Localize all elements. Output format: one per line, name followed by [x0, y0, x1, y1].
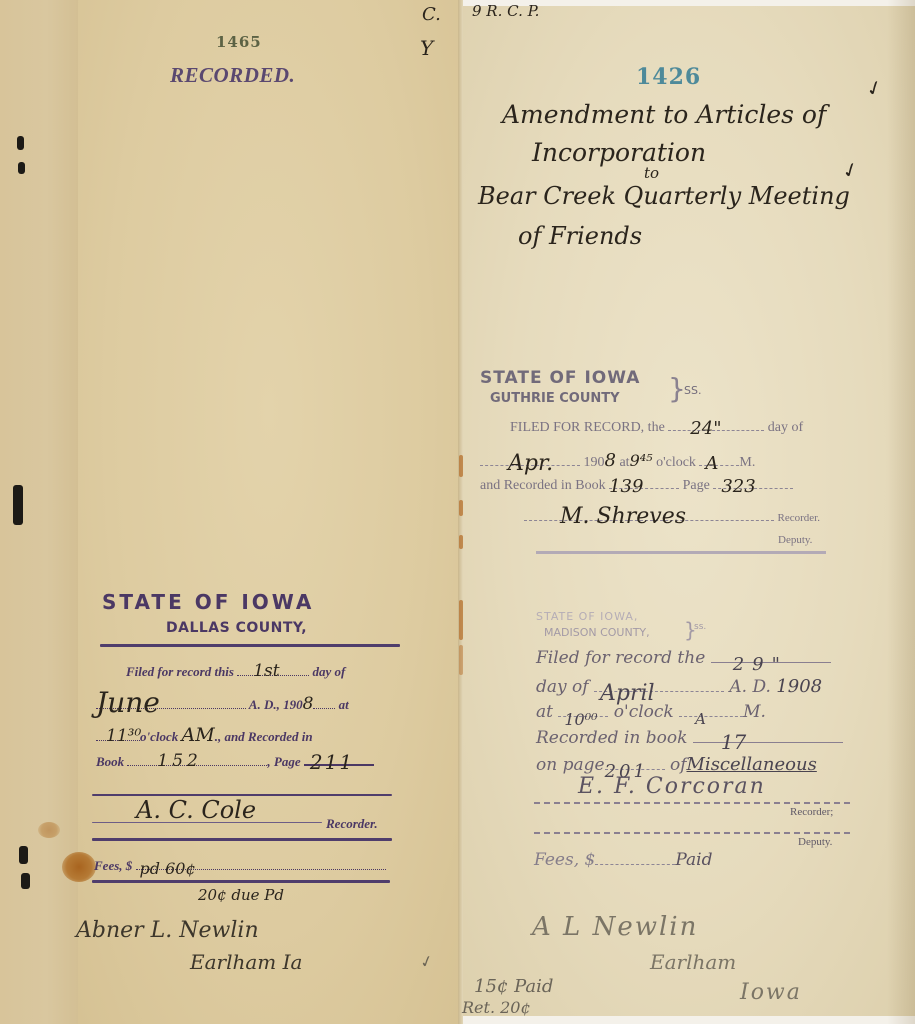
- binding-hole: [17, 136, 24, 150]
- guthrie-book-line: and Recorded in Book 139 Page 323: [480, 478, 793, 494]
- binding-hole: [18, 162, 25, 174]
- dallas-rule: [92, 838, 392, 841]
- guthrie-book: 139: [609, 476, 643, 497]
- dallas-fees-value: pd 60¢: [140, 859, 196, 878]
- guthrie-state: STATE OF IOWA: [480, 368, 640, 388]
- dallas-county: DALLAS COUNTY,: [166, 620, 307, 636]
- guthrie-month: Apr.: [508, 451, 553, 476]
- madison-book-line: Recorded in book 17: [536, 728, 843, 748]
- madison-filed-line: Filed for record the 29": [536, 648, 831, 668]
- dallas-date-line: June A. D., 1908 at: [96, 694, 349, 714]
- madison-state: STATE OF IOWA,: [536, 610, 638, 623]
- guthrie-recorder-signature: M. Shreves: [560, 504, 686, 529]
- return-fee-note: Ret. 20¢: [462, 998, 531, 1017]
- guthrie-day: 24": [690, 418, 721, 439]
- right-file-number: 1426: [636, 64, 701, 90]
- madison-page-line: on page 201 ofMiscellaneous: [536, 754, 817, 775]
- madison-ss: ss.: [694, 622, 706, 632]
- madison-book: 17: [721, 730, 746, 754]
- dallas-time: 11³⁰: [106, 726, 141, 746]
- guthrie-ampm: A: [705, 453, 718, 474]
- madison-record-type: Miscellaneous: [687, 754, 817, 775]
- madison-fees-line: Fees, $Paid: [534, 850, 712, 870]
- dallas-book-line: Book 152 , Page 211: [96, 754, 374, 770]
- right-return-name: A L Newlin: [532, 912, 698, 942]
- guthrie-county: GUTHRIE COUNTY: [490, 391, 620, 406]
- binding-hole: [13, 485, 23, 525]
- margin-initial: C.: [422, 4, 441, 25]
- title-line-4: Bear Creek Quarterly Meeting: [478, 182, 850, 210]
- dallas-book: 152: [157, 751, 201, 771]
- guthrie-date-line: Apr. 1908 at9⁴⁵ o'clock A M.: [480, 450, 755, 471]
- dallas-fees-note: 20¢ due Pd: [198, 886, 284, 904]
- dallas-signature-rule: [92, 822, 322, 823]
- rust-stain: [459, 500, 463, 516]
- dallas-ampm: AM: [182, 724, 215, 746]
- binding-hole: [21, 873, 30, 889]
- title-line-3: to: [644, 164, 659, 182]
- paid-note: 15¢ Paid: [474, 976, 553, 997]
- binding-hole: [19, 846, 28, 864]
- madison-day: 29": [733, 654, 788, 675]
- guthrie-time: 9⁴⁵: [630, 451, 653, 470]
- dallas-page: 211: [310, 750, 354, 774]
- rust-stain: [459, 645, 463, 675]
- madison-year: 1908: [776, 676, 822, 697]
- madison-time-line: at 10⁰⁰ o'clock A M.: [536, 702, 766, 722]
- dallas-month: June: [96, 686, 160, 719]
- dallas-year: 8: [303, 694, 314, 714]
- madison-ampm: A: [695, 710, 706, 728]
- left-file-number: 1465: [216, 33, 262, 51]
- left-return-city: Earlham Ia: [190, 950, 302, 974]
- madison-recorder-signature: E. F. Corcoran: [578, 774, 766, 799]
- rust-stain: [459, 535, 463, 549]
- scanned-document: 1465 RECORDED. C. Y 9 R. C. P. 1426 Amen…: [0, 0, 915, 1024]
- dallas-time-line: 11³⁰ o'clock AM., and Recorded in: [96, 724, 313, 746]
- corner-note: 9 R. C. P.: [472, 2, 539, 20]
- dallas-fees-line: Fees, $ pd 60¢: [94, 858, 386, 874]
- water-stain: [62, 852, 96, 882]
- dallas-rule: [92, 880, 390, 883]
- right-return-state: Iowa: [740, 980, 802, 1005]
- guthrie-deputy-label: Deputy.: [778, 534, 812, 546]
- guthrie-year: 8: [605, 450, 616, 471]
- water-stain: [38, 822, 60, 838]
- recorded-stamp: RECORDED.: [170, 63, 295, 88]
- madison-county: MADISON COUNTY,: [544, 626, 650, 639]
- madison-deputy-rule: [534, 832, 850, 834]
- madison-recorder-rule: [534, 802, 850, 804]
- right-edge-shadow: [887, 0, 915, 1024]
- guthrie-recorder-line: M. Shreves Recorder.: [524, 510, 820, 526]
- dallas-filed-line: Filed for record this 1st day of: [126, 664, 345, 680]
- dallas-state: STATE OF IOWA: [102, 590, 314, 614]
- title-line-1: Amendment to Articles of: [502, 100, 826, 129]
- guthrie-ss: SS.: [684, 384, 701, 397]
- dallas-day: 1st: [253, 661, 279, 681]
- madison-deputy-label: Deputy.: [798, 836, 832, 848]
- margin-initial: Y: [420, 36, 433, 60]
- dallas-recorder-signature: A. C. Cole: [136, 796, 256, 824]
- madison-time: 10⁰⁰: [564, 710, 597, 729]
- madison-date-line: day of April A. D. 1908: [536, 676, 822, 697]
- left-return-name: Abner L. Newlin: [76, 918, 259, 943]
- guthrie-filed-line: FILED FOR RECORD, the 24" day of: [510, 420, 803, 436]
- rust-stain: [459, 455, 463, 477]
- title-line-2: Incorporation: [532, 138, 706, 167]
- guthrie-page: 323: [721, 476, 755, 497]
- madison-recorder-label: Recorder;: [790, 806, 833, 818]
- title-line-5: of Friends: [518, 222, 642, 250]
- dallas-recorder-label: Recorder.: [326, 816, 378, 832]
- bottom-edge-gap: [460, 1016, 915, 1024]
- rust-stain: [459, 600, 463, 640]
- dallas-rule: [100, 644, 400, 647]
- right-return-city: Earlham: [650, 950, 736, 974]
- guthrie-deputy-rule: [536, 551, 826, 554]
